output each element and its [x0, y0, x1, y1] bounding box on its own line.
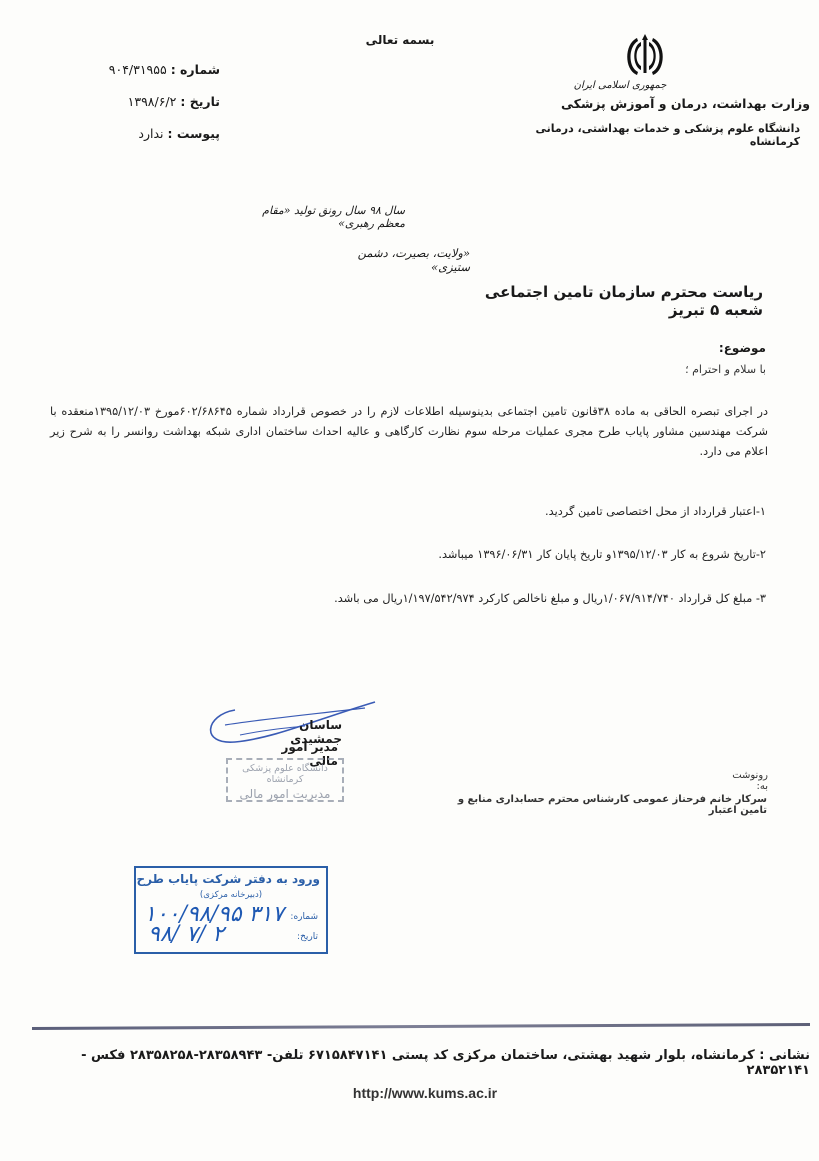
letter-attachment: پیوست : ندارد: [80, 126, 220, 141]
footer-address: نشانی : کرمانشاه، بلوار شهید بهشتی، ساخت…: [60, 1048, 810, 1078]
greeting: با سلام و احترام ؛: [640, 363, 766, 376]
footer-divider: [32, 1023, 810, 1030]
receipt-number-label: شماره:: [290, 912, 318, 922]
official-stamp: دانشگاه علوم پزشکی کرمانشاه مدیریت امور …: [226, 758, 344, 802]
year-slogan: سال ۹۸ سال رونق تولید «مقام معظم رهبری»: [255, 204, 405, 230]
attachment-label: پیوست :: [167, 126, 220, 141]
body-item-2: ۲-تاریخ شروع به کار ۱۳۹۵/۱۲/۰۳و تاریخ پا…: [360, 548, 766, 561]
attachment-value: ندارد: [138, 126, 163, 141]
receipt-date-value: ۹۸/ ۷/ ۲: [148, 922, 224, 947]
subject-label: موضوع:: [680, 341, 766, 355]
receipt-stamp-title: ورود به دفتر شرکت پایاب طرح: [137, 872, 320, 886]
number-label: شماره :: [171, 62, 220, 77]
iran-emblem-icon: [622, 30, 668, 78]
receipt-date-label: تاریخ:: [297, 932, 318, 942]
university-name: دانشگاه علوم پزشکی و خدمات بهداشتی، درما…: [495, 122, 800, 148]
receipt-stamp-subtitle: (دبیرخانه مرکزی): [136, 890, 326, 900]
number-value: ۹۰۴/۳۱۹۵۵: [109, 62, 167, 77]
body-item-3: ۳- مبلغ کل قرارداد ۱/۰۶۷/۹۱۴/۷۴۰ریال و م…: [300, 592, 766, 605]
motto: «ولایت، بصیرت، دشمن ستیزی»: [340, 246, 470, 274]
body-paragraph: در اجرای تبصره الحاقی به ماده ۳۸قانون تا…: [50, 402, 768, 462]
cc-recipient: سرکار خانم فرحناز عمومی کارشناس محترم حس…: [455, 794, 767, 816]
cc-label: رونوشت به:: [718, 770, 768, 792]
receipt-stamp: ورود به دفتر شرکت پایاب طرح (دبیرخانه مر…: [134, 866, 328, 954]
letter-number: شماره : ۹۰۴/۳۱۹۵۵: [80, 62, 220, 77]
stamp-line-2: مدیریت امور مالی: [228, 787, 342, 801]
letter-date: تاریخ : ۱۳۹۸/۶/۲: [80, 94, 220, 109]
stamp-line-1: دانشگاه علوم پزشکی کرمانشاه: [228, 763, 342, 785]
recipient: ریاست محترم سازمان تامین اجتماعی شعبه ۵ …: [480, 283, 763, 319]
country-name: جمهوری اسلامی ایران: [560, 80, 680, 91]
invocation: بسمه تعالی: [360, 33, 440, 47]
date-value: ۱۳۹۸/۶/۲: [128, 94, 177, 109]
date-label: تاریخ :: [180, 94, 220, 109]
ministry-name: وزارت بهداشت، درمان و آموزش پزشکی: [520, 96, 810, 111]
footer-url: http://www.kums.ac.ir: [340, 1085, 510, 1101]
body-item-1: ۱-اعتبار قرارداد از محل اختصاصی تامین گر…: [420, 505, 766, 518]
